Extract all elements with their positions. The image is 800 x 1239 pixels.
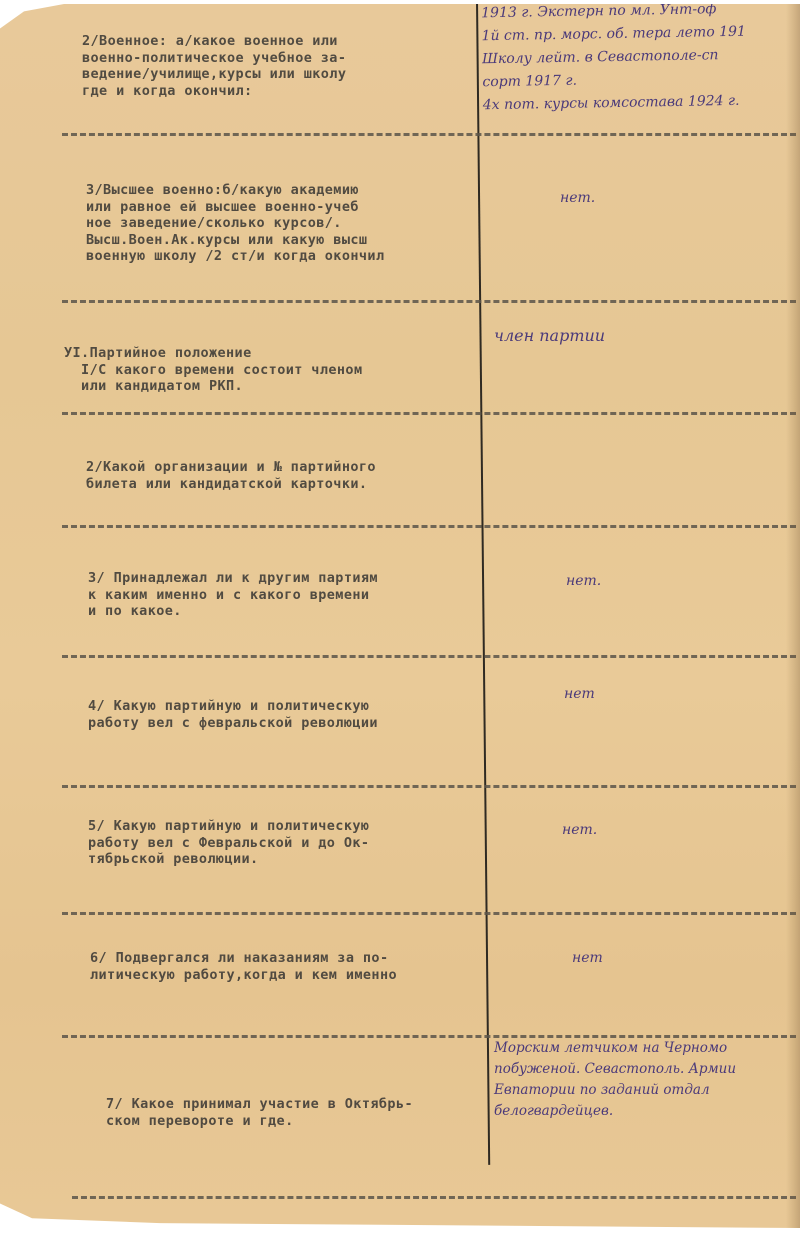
row-divider: [62, 300, 796, 303]
answer-party-status: член партии: [494, 326, 605, 346]
column-separator: [476, 0, 490, 1165]
question-higher-military: 3/Высшее военно:б/какую академию или рав…: [86, 182, 384, 265]
question-party-card: 2/Какой организации и № партийного билет…: [86, 459, 376, 492]
answer-other-parties: нет.: [566, 571, 601, 591]
answer-work-since-february: нет: [564, 684, 595, 704]
question-party-status: УI.Партийное положение I/С какого времен…: [64, 345, 362, 395]
answer-work-feb-to-oct: нет.: [562, 820, 597, 840]
answer-higher-military: нет.: [560, 188, 595, 208]
row-divider: [62, 655, 796, 658]
question-punishments: 6/ Подвергался ли наказаниям за по- лити…: [90, 950, 397, 983]
row-divider: [62, 412, 796, 415]
answer-october-participation: Морским летчиком на Черномо побуженой. С…: [494, 1038, 736, 1122]
question-military-education: 2/Военное: а/какое военное или военно-по…: [82, 33, 346, 99]
row-divider: [62, 912, 796, 915]
row-divider: [62, 785, 796, 788]
question-other-parties: 3/ Принадлежал ли к другим партиям к как…: [88, 570, 378, 620]
row-divider: [72, 1196, 796, 1199]
question-october-participation: 7/ Какое принимал участие в Октябрь- ско…: [106, 1096, 413, 1129]
answer-military-education: 1913 г. Экстерн по мл. Унт-оф 1й ст. пр.…: [481, 0, 747, 117]
answer-punishments: нет: [572, 948, 603, 968]
document-page: 2/Военное: а/какое военное или военно-по…: [0, 4, 800, 1228]
question-work-since-february: 4/ Какую партийную и политическую работу…: [88, 698, 378, 731]
row-divider: [62, 525, 796, 528]
question-work-feb-to-oct: 5/ Какую партийную и политическую работу…: [88, 818, 369, 868]
row-divider: [62, 133, 796, 136]
